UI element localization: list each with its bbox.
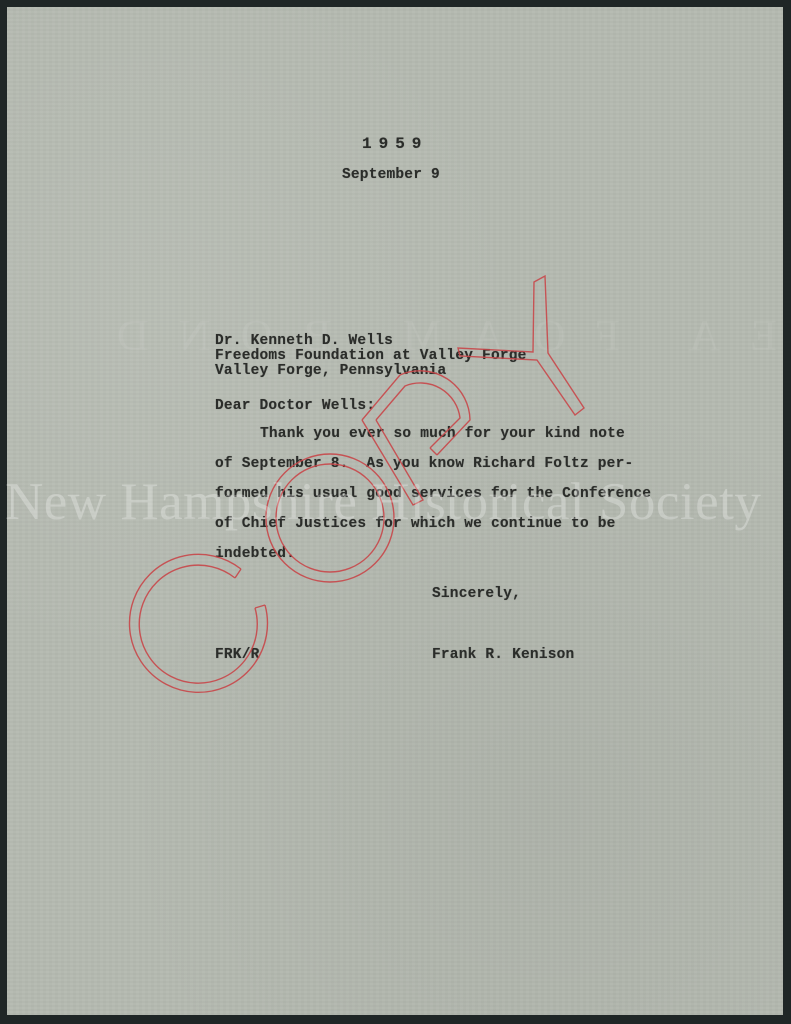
body-line-2: of September 8. As you know Richard Folt…: [215, 456, 633, 472]
salutation: Dear Doctor Wells:: [215, 398, 375, 414]
body-line-5: indebted.: [215, 546, 295, 562]
recipient-organization: Freedoms Foundation at Valley Forge: [215, 349, 527, 364]
closing: Sincerely,: [432, 586, 521, 602]
body-line-1: Thank you ever so much for your kind not…: [260, 426, 625, 442]
archive-watermark: New Hampshire Historical Society: [5, 472, 791, 532]
signer-name: Frank R. Kenison: [432, 647, 574, 663]
letter-date: September 9: [342, 167, 440, 183]
reference-initials: FRK/R: [215, 647, 260, 663]
letter-year: 1959: [362, 135, 428, 153]
recipient-location: Valley Forge, Pennsylvania: [215, 364, 446, 379]
recipient-name: Dr. Kenneth D. Wells: [215, 334, 393, 349]
